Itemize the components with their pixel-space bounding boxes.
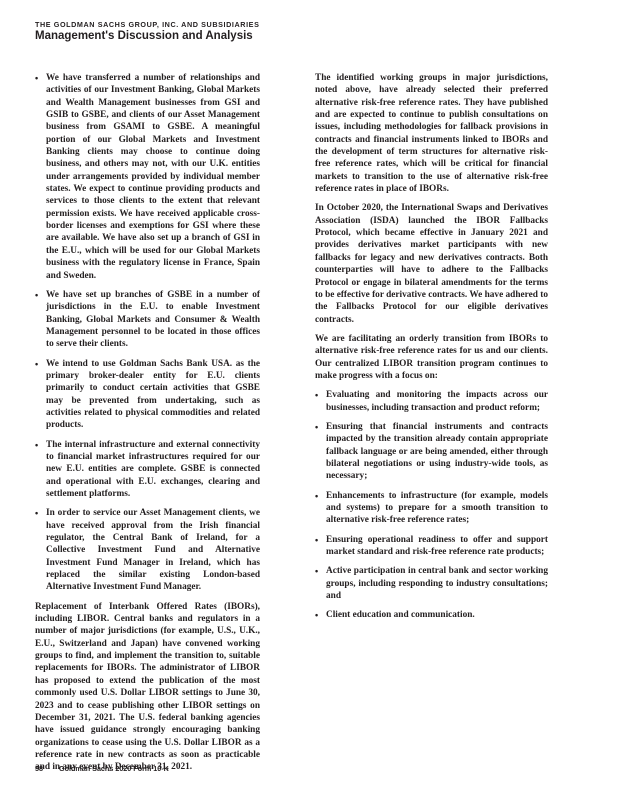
- list-item: •Active participation in central bank an…: [315, 565, 548, 602]
- list-item-text: Ensuring operational readiness to offer …: [326, 535, 548, 557]
- list-item: •Client education and communication.: [315, 609, 548, 621]
- list-item: •Enhancements to infrastructure (for exa…: [315, 490, 548, 527]
- list-item-text: We have transferred a number of relation…: [46, 73, 260, 281]
- bullet-icon: •: [315, 565, 318, 577]
- libor-focus-list: •Evaluating and monitoring the impacts a…: [315, 389, 548, 622]
- brexit-bullet-list: •We have transferred a number of relatio…: [35, 72, 260, 594]
- list-item-text: Enhancements to infrastructure (for exam…: [326, 491, 548, 526]
- list-item-text: We intend to use Goldman Sachs Bank USA.…: [46, 359, 260, 431]
- libor-paragraph: Replacement of Interbank Offered Rates (…: [35, 601, 260, 774]
- list-item-text: Ensuring that financial instruments and …: [326, 422, 548, 481]
- bullet-icon: •: [315, 490, 318, 502]
- list-item: •Ensuring that financial instruments and…: [315, 421, 548, 483]
- bullet-icon: •: [35, 72, 38, 84]
- bullet-icon: •: [315, 421, 318, 433]
- list-item: •Evaluating and monitoring the impacts a…: [315, 389, 548, 414]
- list-item-text: The internal infrastructure and external…: [46, 440, 260, 499]
- page-header: The Goldman Sachs Group, Inc. and Subsid…: [35, 20, 595, 43]
- list-item: •We have transferred a number of relatio…: [35, 72, 260, 282]
- bullet-icon: •: [35, 439, 38, 451]
- list-item-text: Active participation in central bank and…: [326, 566, 548, 601]
- bullet-icon: •: [315, 609, 318, 621]
- paragraph: We are facilitating an orderly transitio…: [315, 333, 548, 382]
- document-title: Goldman Sachs 2020 Form 10-K: [59, 764, 169, 773]
- list-item-text: Client education and communication.: [326, 610, 475, 620]
- list-item: •We have set up branches of GSBE in a nu…: [35, 289, 260, 351]
- page-number: 58: [35, 764, 57, 773]
- list-item: •Ensuring operational readiness to offer…: [315, 534, 548, 559]
- list-item: •In order to service our Asset Managemen…: [35, 507, 260, 593]
- list-item-text: In order to service our Asset Management…: [46, 508, 260, 592]
- bullet-icon: •: [315, 534, 318, 546]
- list-item-text: We have set up branches of GSBE in a num…: [46, 290, 260, 349]
- left-column: •We have transferred a number of relatio…: [35, 72, 260, 781]
- right-column: The identified working groups in major j…: [315, 72, 548, 629]
- page-footer: 58 Goldman Sachs 2020 Form 10-K: [35, 764, 169, 773]
- list-item-text: Evaluating and monitoring the impacts ac…: [326, 390, 548, 412]
- paragraph: In October 2020, the International Swaps…: [315, 202, 548, 325]
- list-item: •The internal infrastructure and externa…: [35, 439, 260, 501]
- section-title: Management's Discussion and Analysis: [35, 29, 595, 43]
- bullet-icon: •: [35, 358, 38, 370]
- company-name: The Goldman Sachs Group, Inc. and Subsid…: [35, 20, 595, 29]
- bullet-icon: •: [35, 289, 38, 301]
- paragraph: The identified working groups in major j…: [315, 72, 548, 195]
- list-item: •We intend to use Goldman Sachs Bank USA…: [35, 358, 260, 432]
- bullet-icon: •: [35, 507, 38, 519]
- bullet-icon: •: [315, 389, 318, 401]
